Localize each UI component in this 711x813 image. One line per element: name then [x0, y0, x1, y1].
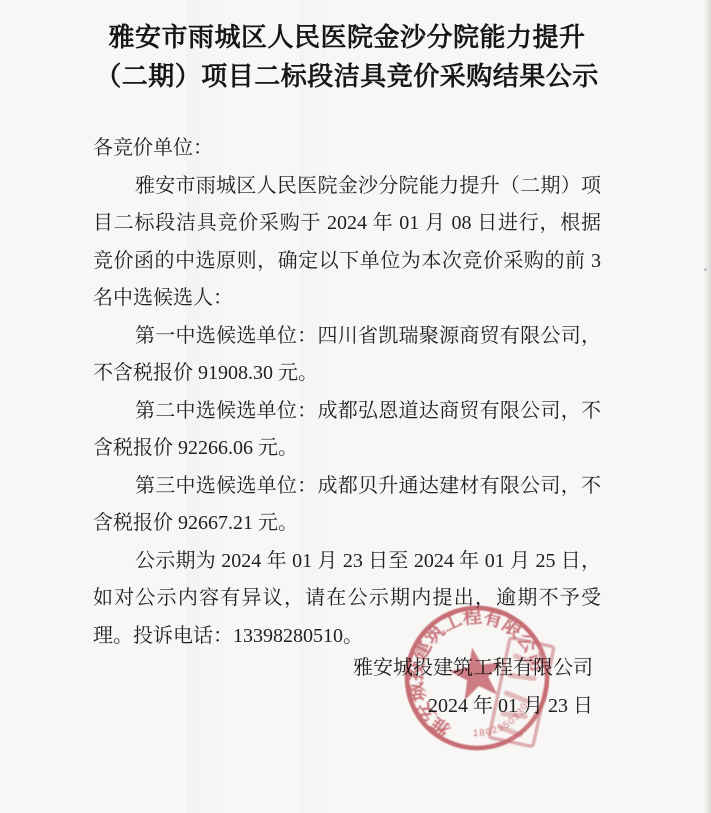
scan-artifact-speck: [704, 268, 707, 271]
document-title-line-2: （二期）项目二标段洁具竞价采购结果公示: [93, 57, 601, 96]
body-paragraph-publicity-period: 公示期为 2024 年 01 月 23 日至 2024 年 01 月 25 日，…: [93, 543, 601, 656]
document-title: 雅安市雨城区人民医院金沙分院能力提升 （二期）项目二标段洁具竞价采购结果公示: [93, 18, 601, 96]
body-paragraph-candidate-2: 第二中选候选单位：成都弘恩道达商贸有限公司，不含税报价 92266.06 元。: [93, 393, 601, 468]
document-title-line-1: 雅安市雨城区人民医院金沙分院能力提升: [93, 18, 601, 57]
signature-date: 2024 年 01 月 23 日: [353, 688, 593, 726]
signature-block: 雅安城投建筑工程有限公司 2024 年 01 月 23 日: [353, 650, 593, 725]
signature-company: 雅安城投建筑工程有限公司: [353, 650, 593, 688]
document-body: 各竞价单位： 雅安市雨城区人民医院金沙分院能力提升（二期）项目二标段洁具竞价采购…: [93, 130, 601, 655]
body-paragraph-candidate-3: 第三中选候选单位：成都贝升通达建材有限公司，不含税报价 92667.21 元。: [93, 468, 601, 543]
body-paragraph-intro: 雅安市雨城区人民医院金沙分院能力提升（二期）项目二标段洁具竞价采购于 2024 …: [93, 168, 601, 318]
document-content: 雅安市雨城区人民医院金沙分院能力提升 （二期）项目二标段洁具竞价采购结果公示 各…: [93, 0, 601, 813]
body-paragraph-candidate-1: 第一中选候选单位：四川省凯瑞聚源商贸有限公司，不含税报价 91908.30 元。: [93, 318, 601, 393]
salutation: 各竞价单位：: [93, 130, 601, 168]
document-page: 雅安市雨城区人民医院金沙分院能力提升 （二期）项目二标段洁具竞价采购结果公示 各…: [0, 0, 711, 813]
